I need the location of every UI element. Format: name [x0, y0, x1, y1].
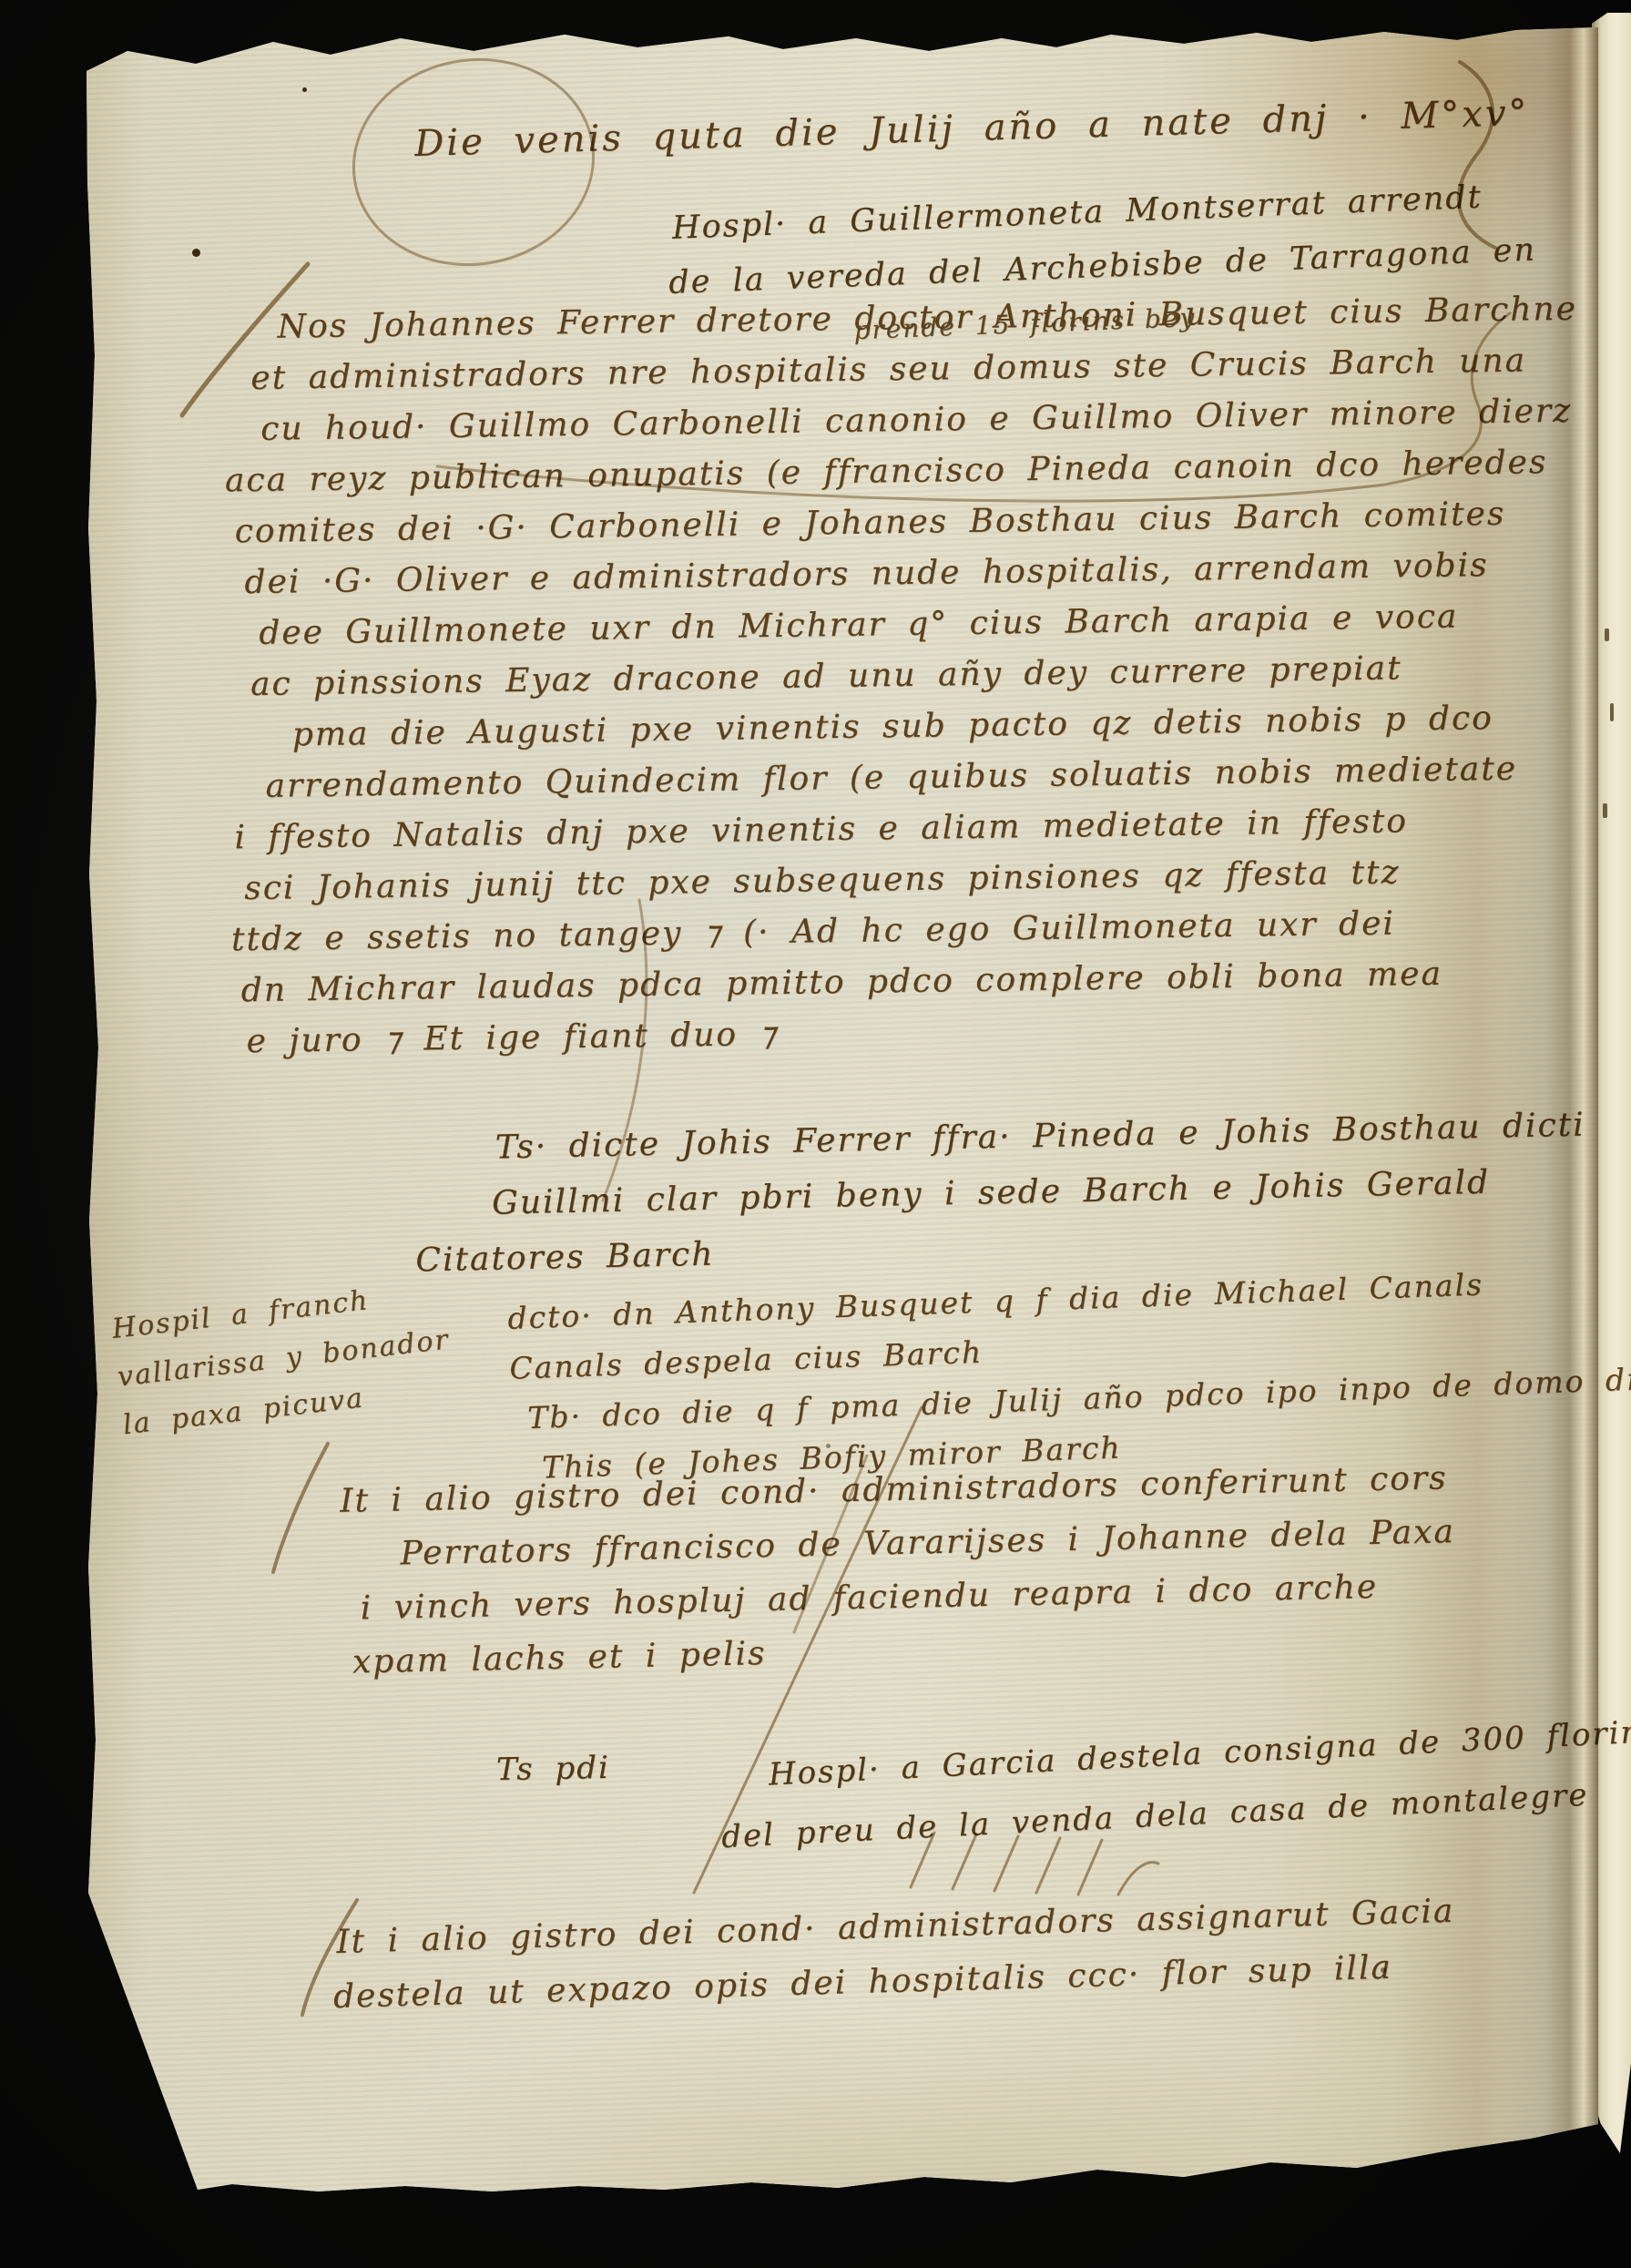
rubric-garcia-destela: Hospl· a Garcia destela consigna de 300 …	[717, 1701, 1631, 1867]
witness-abbreviation: Ts pdi	[496, 1750, 611, 1788]
manuscript-line: Ts pdi	[496, 1750, 611, 1788]
date-heading: Die venis quta die Julij año a nate dnj …	[414, 92, 1530, 165]
margin-note: Hospil a franch vallarissa y bonador la …	[109, 1268, 457, 1449]
entry-assignation: It i alio gistro dei cond· administrador…	[322, 1885, 1457, 2026]
photograph-background: Die venis quta die Julij año a nate dnj …	[0, 0, 1631, 2268]
witness-clause-2: dcto· dn Anthony Busquet q f dia die Mic…	[507, 1253, 1631, 1493]
manuscript-line: Die venis quta die Julij año a nate dnj …	[414, 92, 1530, 165]
entry-procurators: It i alio gistro dei cond· administrador…	[335, 1451, 1458, 1690]
witness-clause-1: Ts· dicte Johis Ferrer ffra· Pineda e Jo…	[413, 1098, 1588, 1289]
entry-arrendament: Nos Johannes Ferrer dretore doctor Antho…	[222, 284, 1587, 1068]
ink-layer: Die venis quta die Julij año a nate dnj …	[0, 0, 1631, 2268]
